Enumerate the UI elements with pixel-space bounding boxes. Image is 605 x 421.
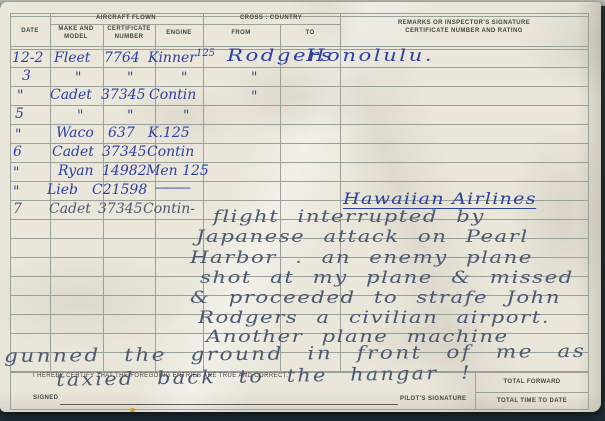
- remark-line: shot at my plane & missed: [200, 270, 574, 287]
- remark-line: flight interrupted by: [213, 209, 485, 226]
- column-header-remarks-line2: CERTIFICATE NUMBER AND RATING: [405, 28, 522, 34]
- entry-engine-dash: ———: [155, 181, 188, 195]
- total-forward-label: TOTAL FORWARD: [503, 379, 560, 385]
- grid-line-cert-right: [155, 24, 156, 371]
- entry-engine: Men 125: [146, 164, 209, 178]
- entry-cert-ditto: ": [127, 71, 133, 85]
- grid-line-totals-divider: [475, 392, 588, 393]
- grid-line-totals-left: [475, 371, 476, 409]
- total-time-to-date-label: TOTAL TIME TO DATE: [497, 398, 567, 404]
- entry-engine-hp: 125: [196, 48, 215, 59]
- entry-cert: 37345: [102, 145, 147, 159]
- column-header-make-model-line2: MODEL: [64, 34, 88, 40]
- remark-line: Rodgers a civilian airport.: [198, 310, 550, 327]
- grid-row-line: [10, 86, 588, 87]
- grid-row-line: [10, 143, 588, 144]
- entry-engine: K.125: [148, 126, 190, 140]
- grid-row-line: [10, 67, 588, 68]
- entry-date: 3: [22, 69, 31, 83]
- grid-row-line: [10, 105, 588, 106]
- entry-make-ditto: ": [77, 109, 83, 123]
- entry-engine: Contin: [147, 145, 194, 159]
- remark-line: Harbor . an enemy plane: [190, 250, 533, 267]
- entry-to: Honolulu.: [306, 48, 434, 65]
- entry-date: 12-2: [12, 51, 43, 65]
- section-header-cross-country: CROSS : COUNTRY: [240, 15, 302, 21]
- entry-cert: 637: [108, 126, 135, 140]
- entry-make: Cadet: [49, 202, 91, 216]
- entry-date-ditto: ": [17, 89, 23, 103]
- remark-line: Japanese attack on Pearl: [196, 229, 529, 246]
- entry-from-ditto: ": [251, 71, 257, 85]
- pilots-signature-label: PILOT'S SIGNATURE: [400, 396, 466, 402]
- grid-line-bottom: [10, 409, 588, 410]
- remark-line: & proceeded to strafe John: [190, 290, 561, 307]
- entry-make-ditto: ": [75, 71, 81, 85]
- entry-engine: Contin-: [143, 202, 195, 216]
- column-header-from: FROM: [231, 30, 250, 36]
- entry-date-ditto: ": [13, 166, 19, 180]
- entry-make: Cadet: [50, 88, 92, 102]
- column-header-certificate-line2: NUMBER: [115, 34, 144, 40]
- entry-make: Ryan: [58, 164, 94, 178]
- paper-stain-dot: [130, 408, 135, 412]
- grid-line-top: [10, 13, 588, 14]
- logbook-page: DATE AIRCRAFT FLOWN MAKE AND MODEL CERTI…: [0, 2, 601, 412]
- certify-statement: I HEREBY CERTIFY THAT THE FOREGOING ENTR…: [33, 373, 288, 379]
- column-header-to: TO: [305, 30, 314, 36]
- entry-make: Cadet: [52, 145, 94, 159]
- entry-engine-name: Kinner: [148, 50, 196, 66]
- entry-date-ditto: ": [15, 128, 21, 142]
- entry-cert: C21598: [92, 183, 147, 197]
- grid-row-line: [10, 124, 588, 125]
- entry-make: Waco: [56, 126, 94, 140]
- column-header-remarks-line1: REMARKS OR INSPECTOR'S SIGNATURE: [398, 20, 530, 26]
- grid-row-line: [10, 162, 588, 163]
- entry-date: 6: [13, 145, 22, 159]
- signature-line: [60, 404, 398, 405]
- column-header-make-model-line1: MAKE AND: [58, 26, 93, 32]
- entry-engine: Kinner125: [148, 51, 215, 65]
- entry-cert: 37345: [98, 202, 143, 216]
- entry-cert: 14982: [102, 164, 147, 178]
- entry-engine-ditto: ": [183, 109, 189, 123]
- scanned-logbook-photo: { "header": { "date_label": "DATE", "air…: [0, 0, 605, 421]
- column-header-date: DATE: [21, 28, 39, 34]
- section-header-aircraft-flown: AIRCRAFT FLOWN: [96, 15, 156, 21]
- signed-label: SIGNED: [33, 395, 58, 401]
- column-header-engine: ENGINE: [166, 30, 191, 36]
- entry-cert-ditto: ": [127, 109, 133, 123]
- entry-date: 7: [13, 202, 22, 216]
- column-header-certificate-line1: CERTIFICATE: [107, 26, 151, 32]
- entry-make: Lieb: [47, 183, 78, 197]
- entry-cert: 7764: [104, 51, 140, 65]
- entry-date: 5: [15, 107, 24, 121]
- entry-date-ditto: ": [13, 185, 19, 199]
- entry-from-ditto: ": [251, 90, 257, 104]
- entry-cert: 37345: [101, 88, 146, 102]
- entry-engine-ditto: ": [181, 71, 187, 85]
- remark-line-overflow: gunned the ground in front of me as I: [4, 343, 601, 366]
- grid-line-header-tier: [50, 24, 340, 25]
- entry-engine: Contin: [149, 88, 196, 102]
- entry-make: Fleet: [54, 51, 90, 65]
